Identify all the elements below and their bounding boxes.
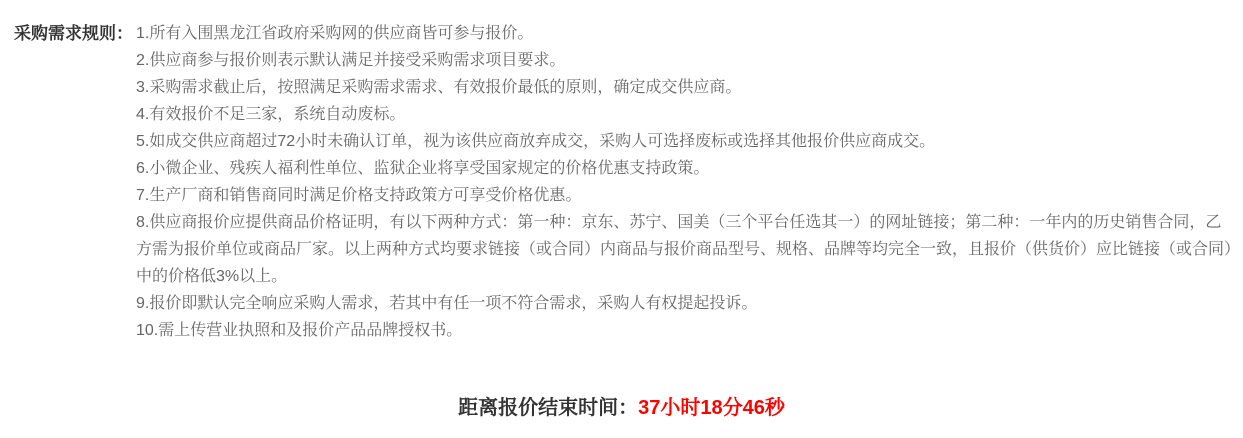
rule-item: 2.供应商参与报价则表示默认满足并接受采购需求项目要求。 [136,47,1233,74]
countdown-label: 距离报价结束时间： [458,397,638,419]
rule-item: 9.报价即默认完全响应采购人需求，若其中有任一项不符合需求，采购人有权提起投诉。 [136,290,1233,317]
rule-item: 7.生产厂商和销售商同时满足价格支持政策方可享受价格优惠。 [136,182,1233,209]
rule-item: 6.小微企业、残疾人福利性单位、监狱企业将享受国家规定的价格优惠支持政策。 [136,155,1233,182]
rules-section: 采购需求规则： 1.所有入围黑龙江省政府采购网的供应商皆可参与报价。2.供应商参… [0,0,1243,344]
rule-item: 10.需上传营业执照和及报价产品品牌授权书。 [136,317,1233,344]
rule-item: 1.所有入围黑龙江省政府采购网的供应商皆可参与报价。 [136,20,1233,47]
countdown-bar: 距离报价结束时间：37小时18分46秒 [0,396,1243,420]
rules-list: 1.所有入围黑龙江省政府采购网的供应商皆可参与报价。2.供应商参与报价则表示默认… [136,20,1233,344]
rule-item: 4.有效报价不足三家，系统自动废标。 [136,101,1233,128]
rule-item: 8.供应商报价应提供商品价格证明，有以下两种方式：第一种：京东、苏宁、国美（三个… [136,209,1233,290]
rule-item: 3.采购需求截止后，按照满足采购需求需求、有效报价最低的原则，确定成交供应商。 [136,74,1233,101]
countdown-timer-value: 37小时18分46秒 [638,397,785,419]
procurement-rules-page: 采购需求规则： 1.所有入围黑龙江省政府采购网的供应商皆可参与报价。2.供应商参… [0,0,1243,438]
rule-item: 5.如成交供应商超过72小时未确认订单，视为该供应商放弃成交，采购人可选择废标或… [136,128,1233,155]
rules-section-title: 采购需求规则： [14,20,133,47]
